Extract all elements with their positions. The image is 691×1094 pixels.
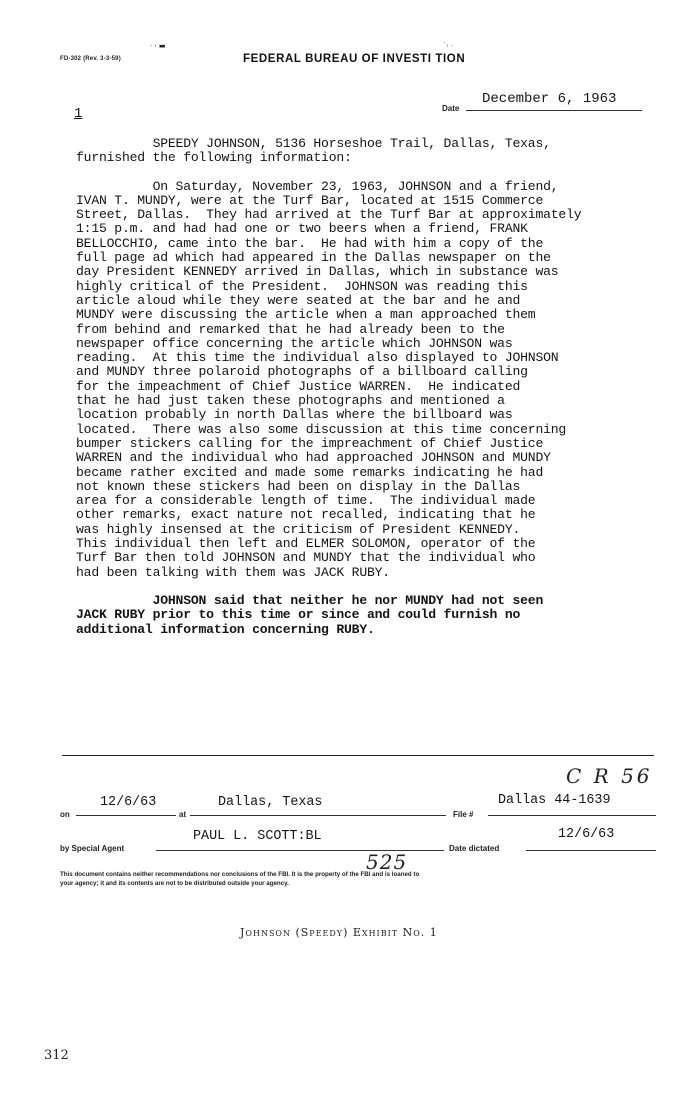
section-divider [62, 755, 654, 756]
form-number: FD-302 (Rev. 3-3-59) [60, 56, 121, 62]
body-line: newspaper office concerning the article … [76, 337, 676, 351]
body-line: and MUNDY three polaroid photographs of … [76, 365, 676, 379]
on-label: on [60, 810, 70, 819]
body-line: from behind and remarked that he had alr… [76, 323, 676, 337]
body-line: for the impeachment of Chief Justice WAR… [76, 380, 676, 394]
body-line: additional information concerning RUBY. [76, 623, 676, 637]
scan-artifact: · ˒ ▬ [150, 42, 165, 50]
dictated-label: Date dictated [449, 844, 499, 853]
body-line: located. There was also some discussion … [76, 423, 676, 437]
file-label: File # [453, 810, 473, 819]
body-line: other remarks, exact nature not recalled… [76, 508, 676, 522]
body-line: that he had just taken these photographs… [76, 394, 676, 408]
at-label: at [179, 810, 186, 819]
body-line: day President KENNEDY arrived in Dallas,… [76, 265, 676, 279]
disclaimer: This document contains neither recommend… [60, 870, 660, 888]
disclaimer-line: your agency; it and its contents are not… [60, 879, 660, 888]
body-line: On Saturday, November 23, 1963, JOHNSON … [76, 180, 676, 194]
body-line: reading. At this time the individual als… [76, 351, 676, 365]
body-line: area for a considerable length of time. … [76, 494, 676, 508]
handwritten-annotation: C R 56 [566, 764, 653, 788]
footer-row-location: on 12/6/63 at Dallas, Texas File # Dalla… [60, 796, 656, 816]
body-line: Turf Bar then told JOHNSON and MUNDY tha… [76, 551, 676, 565]
body-line: BELLOCCHIO, came into the bar. He had wi… [76, 237, 676, 251]
paragraph-conclusion: JOHNSON said that neither he nor MUNDY h… [76, 594, 676, 637]
disclaimer-line: This document contains neither recommend… [60, 870, 660, 879]
footer-row-agent: by Special Agent PAUL L. SCOTT:BL Date d… [60, 832, 656, 852]
body-line: SPEEDY JOHNSON, 5136 Horseshoe Trail, Da… [76, 137, 676, 151]
body-line: JACK RUBY prior to this time or since an… [76, 608, 676, 622]
file-underline [488, 815, 656, 816]
paragraph-intro: SPEEDY JOHNSON, 5136 Horseshoe Trail, Da… [76, 137, 676, 166]
date-value: December 6, 1963 [482, 92, 616, 106]
on-value: 12/6/63 [100, 796, 156, 810]
page-marker: 1 [74, 106, 82, 122]
exhibit-caption: Johnson (Speedy) Exhibit No. 1 [240, 926, 438, 939]
body-line: bumper stickers calling for the impreach… [76, 437, 676, 451]
body-line: full page ad which had appeared in the D… [76, 251, 676, 265]
scan-artifact: ˙˒ · [443, 42, 453, 50]
body-line: JOHNSON said that neither he nor MUNDY h… [76, 594, 676, 608]
body-line: not known these stickers had been on dis… [76, 480, 676, 494]
agency-title: FEDERAL BUREAU OF INVESTI TION [243, 53, 465, 65]
dictated-underline [526, 850, 656, 851]
body-line: had been talking with them was JACK RUBY… [76, 566, 676, 580]
body-line: Street, Dallas. They had arrived at the … [76, 208, 676, 222]
report-body: SPEEDY JOHNSON, 5136 Horseshoe Trail, Da… [76, 137, 676, 637]
file-number: Dallas 44-1639 [498, 794, 611, 808]
body-line: IVAN T. MUNDY, were at the Turf Bar, loc… [76, 194, 676, 208]
agent-label: by Special Agent [60, 844, 124, 853]
page-number: 312 [44, 1048, 69, 1063]
body-line: WARREN and the individual who had approa… [76, 451, 676, 465]
on-underline [76, 815, 176, 816]
body-line: was highly insensed at the criticism of … [76, 523, 676, 537]
date-underline [466, 110, 642, 111]
date-label: Date [442, 104, 459, 113]
at-underline [190, 815, 446, 816]
at-value: Dallas, Texas [218, 796, 322, 810]
paragraph-main: On Saturday, November 23, 1963, JOHNSON … [76, 180, 676, 580]
body-line: furnished the following information: [76, 151, 676, 165]
body-line: article aloud while they were seated at … [76, 294, 676, 308]
body-line: MUNDY were discussing the article when a… [76, 308, 676, 322]
date-field: Date December 6, 1963 [440, 92, 640, 114]
dictated-value: 12/6/63 [558, 828, 614, 842]
body-line: This individual then left and ELMER SOLO… [76, 537, 676, 551]
agent-value: PAUL L. SCOTT:BL [193, 830, 322, 844]
body-line: location probably in north Dallas where … [76, 408, 676, 422]
body-line: highly critical of the President. JOHNSO… [76, 280, 676, 294]
body-line: 1:15 p.m. and had had one or two beers w… [76, 222, 676, 236]
body-line: became rather excited and made some rema… [76, 466, 676, 480]
